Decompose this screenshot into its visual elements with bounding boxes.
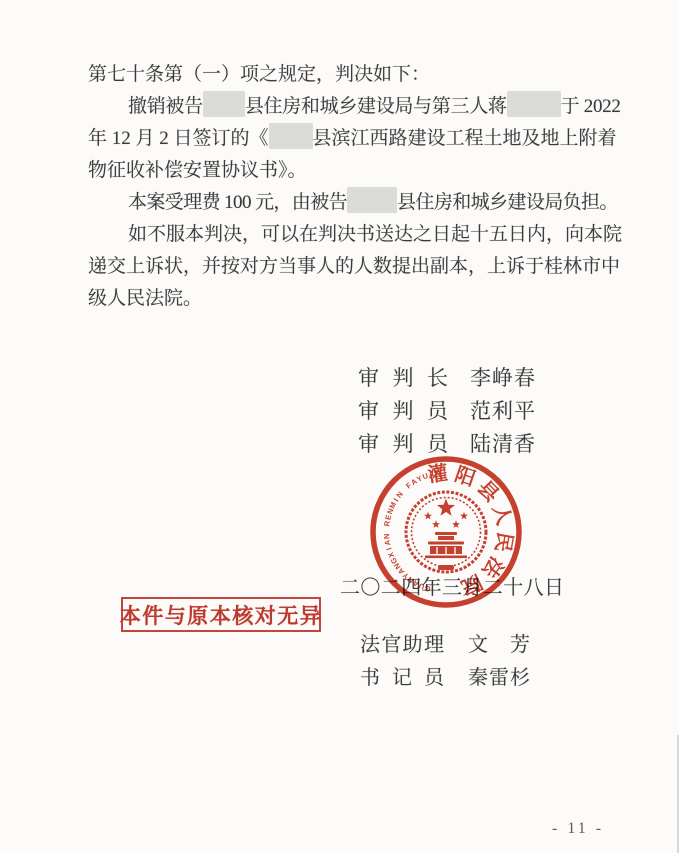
judges-signature-block: 审 判 长 李峥春 审 判 员 范利平 审 判 员 陆清香 [358,360,536,459]
scanned-judgment-page: 第七十条第（一）项之规定，判决如下： 撤销被告县住房和城乡建设局与第三人蒋于 2… [0,0,679,853]
emblem-ribbon [438,565,454,570]
body-line: 物征收补偿安置协议书》。 [88,155,622,187]
page-number: - 11 - [552,820,604,838]
judge-name: 范利平 [470,395,536,425]
judge-row: 审 判 长 李峥春 [358,360,536,393]
assistant-row: 法官助理 文 芳 [360,626,531,659]
emblem-small-star-icon [424,512,432,520]
emblem-small-star-icon [452,520,460,528]
emblem-big-star-icon [437,499,455,516]
assistant-label: 法官助理 [360,628,444,657]
body-text-segment: 县滨江西路建设工程土地及地上附着 [313,128,617,149]
body-line: 年 12 月 2 日签订的《县滨江西路建设工程土地及地上附着 [88,123,622,155]
verification-stamp-box: 本件与原本核对无异 [121,597,321,632]
court-seal-stamp: 灌阳县人民法院 GUANYANGXIANRENMINFAYUAN [366,452,526,612]
svg-text:N: N [394,490,404,500]
redaction-box [347,187,397,213]
gate-upper-body [438,536,454,540]
national-emblem-icon [406,492,486,572]
body-line: 级人民法院。 [88,283,622,315]
judge-title: 审 判 员 [358,395,448,425]
body-text-segment: 县住房和城乡建设局负担。 [397,192,618,213]
judge-title: 审 判 长 [358,362,448,392]
gate-upper-roof [435,532,457,535]
body-text-segment: 于 2022 [561,96,621,117]
emblem-small-star-icon [432,520,440,528]
body-line: 本案受理费 100 元，由被告县住房和城乡建设局负担。 [88,187,622,219]
body-text-segment: 年 12 月 2 日签订的《 [88,128,269,149]
body-line: 撤销被告县住房和城乡建设局与第三人蒋于 2022 [88,91,622,123]
assistant-clerk-block: 法官助理 文 芳 书 记 员 秦雷杉 [360,626,531,692]
clerk-label: 书 记 员 [360,661,444,690]
emblem-small-star-icon [460,512,468,520]
body-text-segment: 本案受理费 100 元，由被告 [128,192,347,213]
body-text-segment: 县住房和城乡建设局与第三人蒋 [245,96,507,117]
svg-text:N: N [382,533,391,539]
svg-text:I: I [384,547,393,552]
judgment-body: 第七十条第（一）项之规定，判决如下： 撤销被告县住房和城乡建设局与第三人蒋于 2… [88,59,622,315]
body-text-segment: 撤销被告 [128,96,203,117]
body-line: 第七十条第（一）项之规定，判决如下： [88,59,622,91]
clerk-row: 书 记 员 秦雷杉 [360,659,531,692]
redaction-box [269,123,313,149]
svg-text:民: 民 [491,530,517,554]
body-line: 递交上诉状，并按对方当事人的人数提出副本，上诉于桂林市中 [88,251,622,283]
judge-name: 李峥春 [470,362,536,392]
redaction-box [507,91,561,117]
clerk-name: 秦雷杉 [468,661,531,690]
body-line: 如不服本判决，可以在判决书送达之日起十五日内，向本院 [88,219,622,251]
gate-base [425,556,467,559]
assistant-name: 文 芳 [468,628,531,657]
gate-lower-roof [428,542,464,545]
redaction-box [203,91,245,117]
judge-row: 审 判 员 范利平 [358,393,536,426]
